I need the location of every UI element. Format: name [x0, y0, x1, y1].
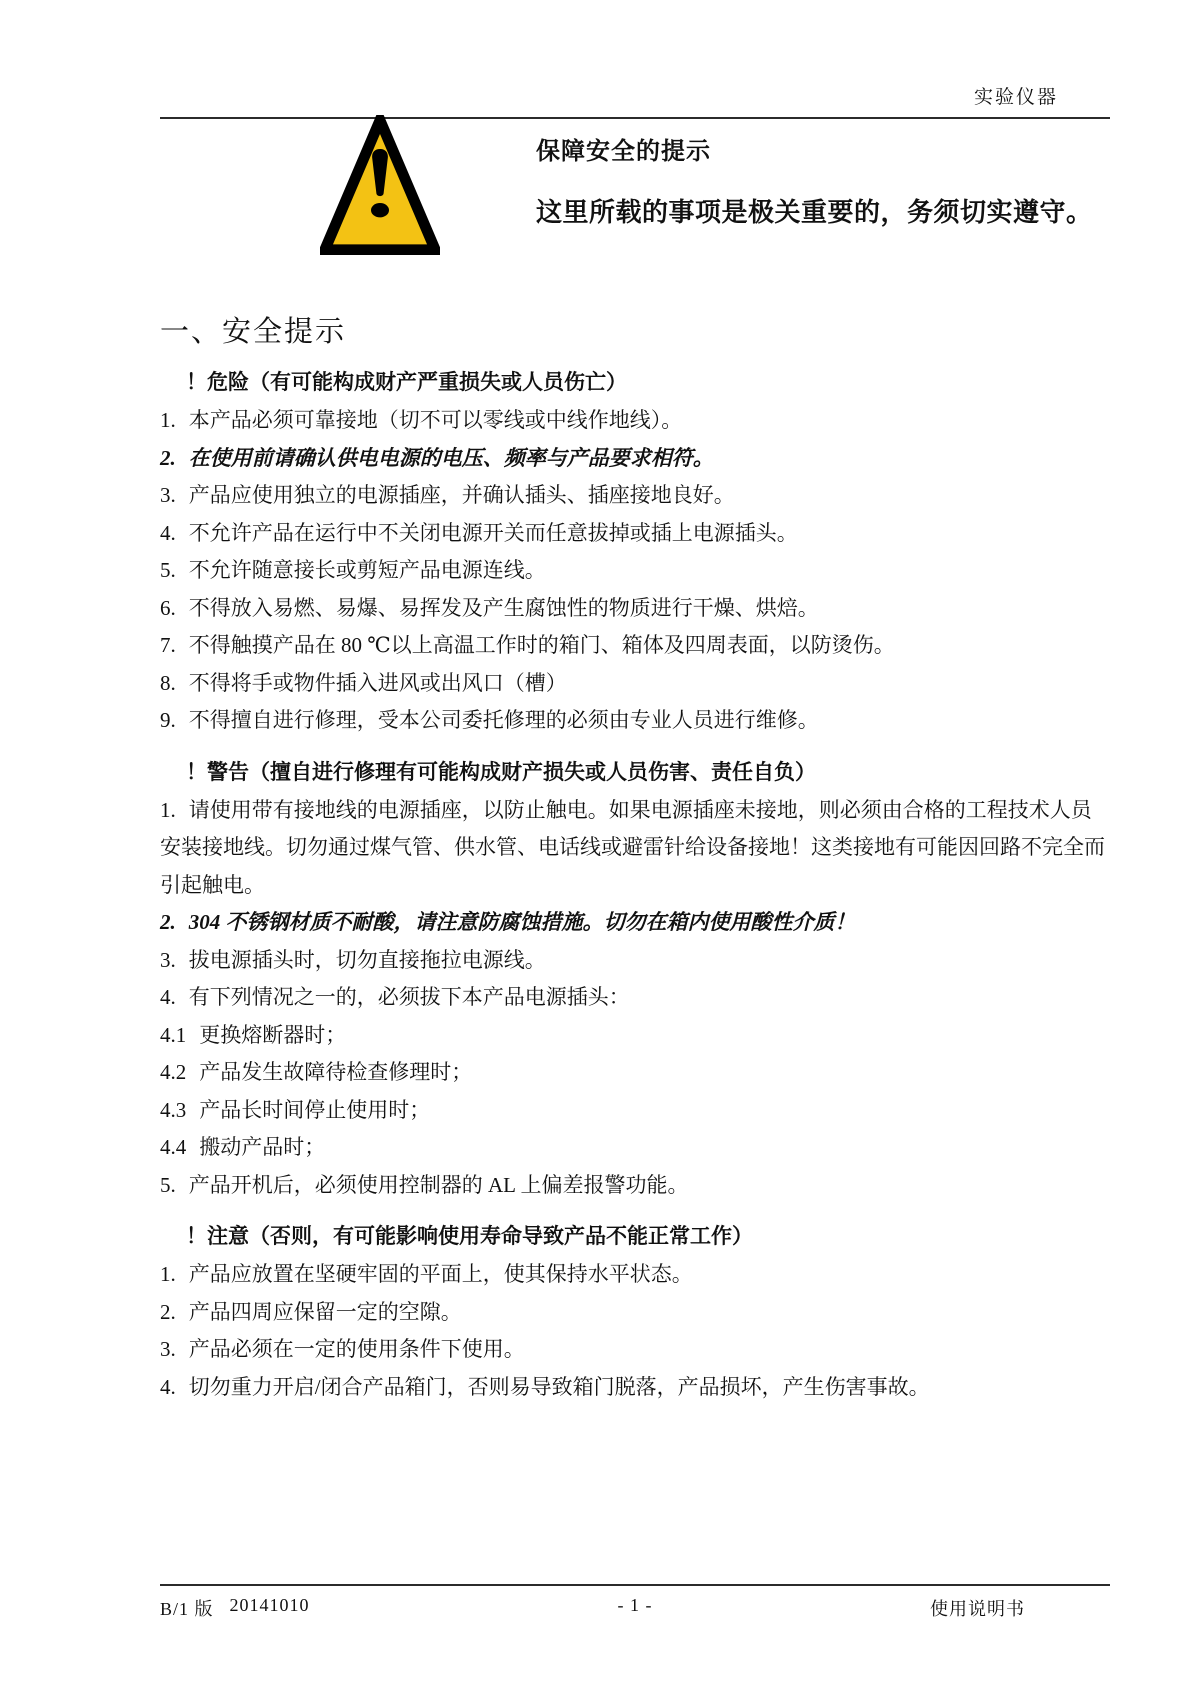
item-number: 4.4 [160, 1135, 186, 1159]
list-item: 9.不得擅自进行修理，受本公司委托修理的必须由专业人员进行维修。 [160, 702, 1110, 740]
item-text: 不得将手或物件插入进风或出风口（槽） [189, 671, 567, 695]
banner-title: 保障安全的提示 [536, 131, 1093, 166]
notice-heading: ！注意（否则，有可能影响使用寿命导致产品不能正常工作） [160, 1218, 1110, 1254]
warning-items: 1.请使用带有接地线的电源插座，以防止触电。如果电源插座未接地，则必须由合格的工… [160, 792, 1110, 1205]
list-item: 1.本产品必须可靠接地（切不可以零线或中线作地线）。 [160, 402, 1110, 440]
item-number: 1. [160, 408, 176, 432]
danger-items: 1.本产品必须可靠接地（切不可以零线或中线作地线）。 2.在使用前请确认供电电源… [160, 402, 1110, 740]
list-item: 4.4搬动产品时； [160, 1129, 1110, 1167]
list-item: 4.不允许产品在运行中不关闭电源开关而任意拔掉或插上电源插头。 [160, 515, 1110, 553]
list-item: 4.3产品长时间停止使用时； [160, 1092, 1110, 1130]
list-item: 2.产品四周应保留一定的空隙。 [160, 1294, 1110, 1332]
banner-text: 保障安全的提示 这里所载的事项是极关重要的，务须切实遵守。 [536, 115, 1093, 229]
item-number: 3. [160, 483, 176, 507]
item-number: 2. [160, 446, 176, 470]
item-text: 产品必须在一定的使用条件下使用。 [189, 1337, 525, 1361]
list-item: 5.不允许随意接长或剪短产品电源连线。 [160, 552, 1110, 590]
item-text: 不允许随意接长或剪短产品电源连线。 [189, 558, 546, 582]
item-number: 4. [160, 1375, 176, 1399]
list-item: 2.304 不锈钢材质不耐酸，请注意防腐蚀措施。切勿在箱内使用酸性介质！ [160, 904, 1110, 942]
item-text: 产品应使用独立的电源插座，并确认插头、插座接地良好。 [189, 483, 735, 507]
item-text: 切勿重力开启/闭合产品箱门，否则易导致箱门脱落，产品损坏，产生伤害事故。 [189, 1375, 930, 1399]
list-item: 5.产品开机后，必须使用控制器的 AL 上偏差报警功能。 [160, 1167, 1110, 1205]
list-item: 7.不得触摸产品在 80 ℃以上高温工作时的箱门、箱体及四周表面，以防烫伤。 [160, 627, 1110, 665]
header-doc-type-label: 实验仪器 [974, 82, 1110, 117]
list-item: 3.产品必须在一定的使用条件下使用。 [160, 1331, 1110, 1369]
item-text: 更换熔断器时； [199, 1023, 346, 1047]
item-number: 1. [160, 798, 176, 822]
banner-subtitle: 这里所载的事项是极关重要的，务须切实遵守。 [536, 192, 1093, 229]
list-item: 4.有下列情况之一的，必须拔下本产品电源插头： [160, 979, 1110, 1017]
list-item: 6.不得放入易燃、易爆、易挥发及产生腐蚀性的物质进行干燥、烘焙。 [160, 590, 1110, 628]
item-number: 3. [160, 948, 176, 972]
item-text: 本产品必须可靠接地（切不可以零线或中线作地线）。 [189, 408, 683, 432]
item-number: 4.1 [160, 1023, 186, 1047]
item-number: 7. [160, 633, 176, 657]
item-text: 产品应放置在坚硬牢固的平面上，使其保持水平状态。 [189, 1262, 693, 1286]
list-item: 4.1更换熔断器时； [160, 1017, 1110, 1055]
item-text: 不得擅自进行修理，受本公司委托修理的必须由专业人员进行维修。 [189, 708, 819, 732]
list-item: 1.产品应放置在坚硬牢固的平面上，使其保持水平状态。 [160, 1256, 1110, 1294]
page-content: ！危险（有可能构成财产严重损失或人员伤亡） 1.本产品必须可靠接地（切不可以零线… [160, 364, 1110, 1406]
item-number: 4. [160, 985, 176, 1009]
page-footer: - 1 - B/1 版 20141010 使用说明书 [160, 1584, 1110, 1621]
list-item: 8.不得将手或物件插入进风或出风口（槽） [160, 665, 1110, 703]
list-item: 4.切勿重力开启/闭合产品箱门，否则易导致箱门脱落，产品损坏，产生伤害事故。 [160, 1369, 1110, 1407]
notice-items: 1.产品应放置在坚硬牢固的平面上，使其保持水平状态。 2.产品四周应保留一定的空… [160, 1256, 1110, 1406]
item-text: 产品发生故障待检查修理时； [199, 1060, 472, 1084]
subsection-warning: ！警告（擅自进行修理有可能构成财产损失或人员伤害、责任自负） 1.请使用带有接地… [160, 754, 1110, 1205]
item-number: 2. [160, 910, 176, 934]
item-number: 4.2 [160, 1060, 186, 1084]
manual-page: 实验仪器 保障安全的提示 这里所载的事项是极关重要的，务须切实遵守。 一、安全提… [0, 0, 1200, 1697]
item-text: 请使用带有接地线的电源插座，以防止触电。如果电源插座未接地，则必须由合格的工程技… [160, 798, 1105, 897]
danger-heading: ！危险（有可能构成财产严重损失或人员伤亡） [160, 364, 1110, 400]
item-number: 9. [160, 708, 176, 732]
item-text: 拔电源插头时，切勿直接拖拉电源线。 [189, 948, 546, 972]
subsection-notice: ！注意（否则，有可能影响使用寿命导致产品不能正常工作） 1.产品应放置在坚硬牢固… [160, 1218, 1110, 1406]
list-item: 1.请使用带有接地线的电源插座，以防止触电。如果电源插座未接地，则必须由合格的工… [160, 792, 1110, 905]
item-text: 304 不锈钢材质不耐酸，请注意防腐蚀措施。切勿在箱内使用酸性介质！ [189, 910, 856, 934]
item-text: 搬动产品时； [199, 1135, 325, 1159]
safety-banner: 保障安全的提示 这里所载的事项是极关重要的，务须切实遵守。 [160, 115, 1110, 255]
warning-triangle-icon [320, 115, 440, 255]
list-item: 3.产品应使用独立的电源插座，并确认插头、插座接地良好。 [160, 477, 1110, 515]
item-text: 不得触摸产品在 80 ℃以上高温工作时的箱门、箱体及四周表面，以防烫伤。 [189, 633, 895, 657]
list-item: 3.拔电源插头时，切勿直接拖拉电源线。 [160, 942, 1110, 980]
item-number: 1. [160, 1262, 176, 1286]
item-text: 不允许产品在运行中不关闭电源开关而任意拔掉或插上电源插头。 [189, 521, 798, 545]
footer-page-number: - 1 - [160, 1595, 1110, 1616]
list-item: 2.在使用前请确认供电电源的电压、频率与产品要求相符。 [160, 440, 1110, 478]
item-number: 8. [160, 671, 176, 695]
item-text: 不得放入易燃、易爆、易挥发及产生腐蚀性的物质进行干燥、烘焙。 [189, 596, 819, 620]
item-number: 5. [160, 558, 176, 582]
item-number: 6. [160, 596, 176, 620]
item-number: 2. [160, 1300, 176, 1324]
item-number: 4.3 [160, 1098, 186, 1122]
item-text: 产品四周应保留一定的空隙。 [189, 1300, 462, 1324]
item-text: 产品长时间停止使用时； [199, 1098, 430, 1122]
section-title: 一、安全提示 [160, 309, 1110, 350]
page-header: 实验仪器 [160, 0, 1110, 119]
item-number: 4. [160, 521, 176, 545]
item-number: 5. [160, 1173, 176, 1197]
item-text: 在使用前请确认供电电源的电压、频率与产品要求相符。 [189, 446, 714, 470]
list-item: 4.2产品发生故障待检查修理时； [160, 1054, 1110, 1092]
item-text: 有下列情况之一的，必须拔下本产品电源插头： [189, 985, 630, 1009]
item-text: 产品开机后，必须使用控制器的 AL 上偏差报警功能。 [189, 1173, 689, 1197]
item-number: 3. [160, 1337, 176, 1361]
warning-heading: ！警告（擅自进行修理有可能构成财产损失或人员伤害、责任自负） [160, 754, 1110, 790]
subsection-danger: ！危险（有可能构成财产严重损失或人员伤亡） 1.本产品必须可靠接地（切不可以零线… [160, 364, 1110, 740]
